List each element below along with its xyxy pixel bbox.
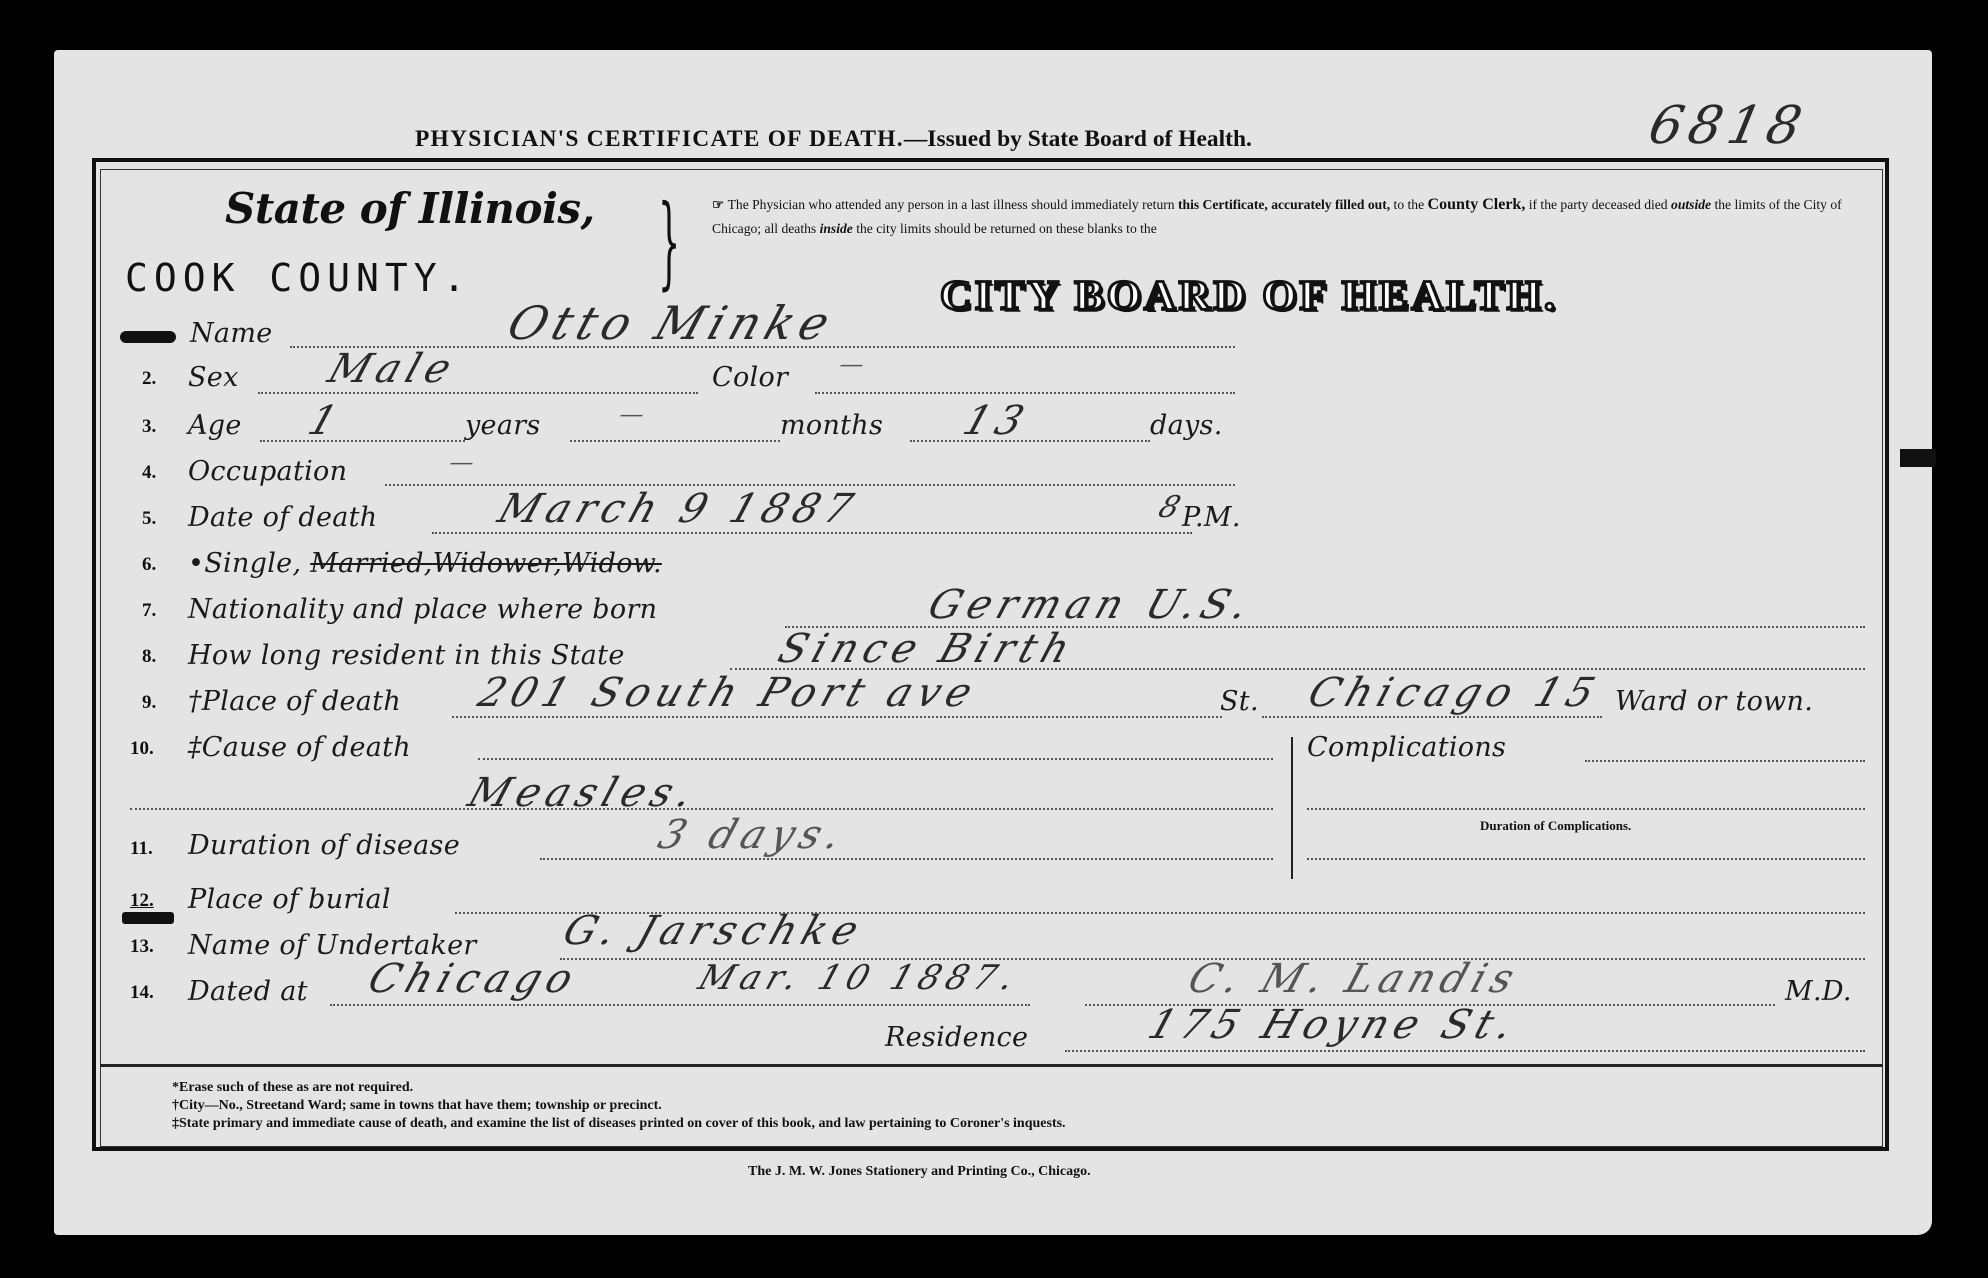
city-board-of-health-heading: CITY BOARD OF HEALTH.	[940, 271, 1558, 319]
duration-line	[540, 858, 1273, 860]
complications-line-1	[1585, 760, 1865, 762]
filing-notice: ☞ The Physician who attended any person …	[712, 193, 1872, 241]
burial-label: Place of burial	[188, 884, 391, 915]
certificate-number: 6818	[1644, 96, 1813, 156]
title-subtitle: —Issued by State Board of Health.	[904, 126, 1252, 151]
months-label: months	[780, 410, 883, 441]
physician-signature[interactable]: C. M. Landis	[1183, 956, 1526, 1002]
dated-num: 14.	[130, 982, 154, 1004]
sex-label: Sex	[188, 362, 239, 393]
physician-residence-value[interactable]: 175 Hoyne St.	[1143, 1002, 1525, 1048]
brace-glyph: }	[658, 192, 680, 292]
street-label: St.	[1220, 686, 1259, 717]
occupation-num: 4.	[142, 462, 156, 484]
nationality-num: 7.	[142, 600, 156, 622]
name-value[interactable]: Otto Minke	[501, 296, 842, 350]
age-num: 3.	[142, 416, 156, 438]
dated-place[interactable]: Chicago	[363, 956, 585, 1002]
county-heading: COOK COUNTY.	[125, 256, 472, 300]
age-years-line	[260, 440, 465, 442]
physician-residence-line	[1065, 1050, 1865, 1052]
marital-options: •Single, Married,Widower,Widow.	[188, 548, 662, 579]
footnote-city: †City—No., Streetand Ward; same in towns…	[172, 1098, 662, 1114]
row-marker-name	[120, 331, 176, 343]
complications-duration-label: Duration of Complications.	[1480, 818, 1631, 834]
date-label: Date of death	[188, 502, 378, 533]
cause-label: ‡Cause of death	[188, 732, 411, 763]
place-value[interactable]: 201 South Port ave	[473, 670, 984, 716]
age-months-line	[570, 440, 780, 442]
color-label: Color	[712, 362, 788, 393]
row-marker-burial	[122, 912, 174, 924]
place-label: †Place of death	[188, 686, 401, 717]
md-label: M.D.	[1785, 976, 1852, 1007]
ward-label: Ward or town.	[1615, 686, 1813, 717]
date-num: 5.	[142, 508, 156, 530]
dated-label: Dated at	[188, 976, 308, 1007]
marital-widow[interactable]: Widow.	[562, 548, 662, 579]
marital-married[interactable]: Married,	[310, 548, 432, 579]
marital-single[interactable]: •Single,	[188, 548, 301, 579]
ward-value[interactable]: Chicago 15	[1303, 670, 1607, 716]
residence-num: 8.	[142, 646, 156, 668]
marital-widower[interactable]: Widower,	[433, 548, 562, 579]
place-num: 9.	[142, 692, 156, 714]
color-line	[815, 392, 1235, 394]
cause-value[interactable]: Measles.	[463, 770, 705, 816]
residence-value[interactable]: Since Birth	[773, 626, 1082, 672]
physician-residence-label: Residence	[885, 1022, 1028, 1053]
complications-label: Complications	[1307, 732, 1506, 763]
duration-label: Duration of disease	[188, 830, 460, 861]
dated-date[interactable]: Mar. 10 1887.	[694, 958, 1026, 998]
sex-value[interactable]: Male	[323, 346, 463, 392]
residence-label: How long resident in this State	[188, 640, 625, 671]
age-days-line	[910, 440, 1150, 442]
nationality-value[interactable]: German U.S.	[923, 582, 1260, 628]
cause-num: 10.	[130, 738, 154, 760]
occupation-label: Occupation	[188, 456, 347, 487]
duration-value[interactable]: 3 days.	[653, 812, 853, 858]
date-value[interactable]: March 9 1887	[493, 486, 865, 532]
undertaker-num: 13.	[130, 936, 154, 958]
ward-line	[1262, 716, 1602, 718]
marital-num: 6.	[142, 554, 156, 576]
state-heading: State of Illinois,	[225, 184, 595, 233]
index-tab-marker	[1900, 449, 1936, 467]
footnote-cause: ‡State primary and immediate cause of de…	[172, 1116, 1066, 1132]
date-line	[432, 532, 1192, 534]
footnote-erase: *Erase such of these as are not required…	[172, 1080, 413, 1096]
title-main: PHYSICIAN'S CERTIFICATE OF DEATH.	[415, 126, 904, 151]
footnote-separator	[100, 1064, 1883, 1067]
sex-line	[258, 392, 698, 394]
name-label: Name	[190, 318, 273, 349]
pm-label: P.M.	[1182, 502, 1241, 533]
certificate-title: PHYSICIAN'S CERTIFICATE OF DEATH.—Issued…	[415, 126, 1252, 152]
age-label: Age	[188, 410, 242, 441]
printer-credit: The J. M. W. Jones Stationery and Printi…	[748, 1164, 1091, 1180]
years-label: years	[465, 410, 541, 441]
undertaker-value[interactable]: G. Jarschke	[558, 908, 871, 954]
complications-line-2	[1307, 808, 1865, 810]
complications-divider	[1291, 737, 1293, 879]
place-line	[452, 716, 1222, 718]
cause-line-2	[130, 808, 1273, 810]
cause-line-1	[478, 758, 1273, 760]
dated-line	[330, 1004, 1030, 1006]
pointing-hand-icon: ☞	[712, 197, 728, 212]
days-label: days.	[1150, 410, 1223, 441]
duration-num: 11.	[130, 838, 153, 860]
sex-num: 2.	[142, 368, 156, 390]
complications-duration-line	[1307, 858, 1865, 860]
nationality-label: Nationality and place where born	[188, 594, 657, 625]
burial-num: 12.	[130, 890, 154, 912]
